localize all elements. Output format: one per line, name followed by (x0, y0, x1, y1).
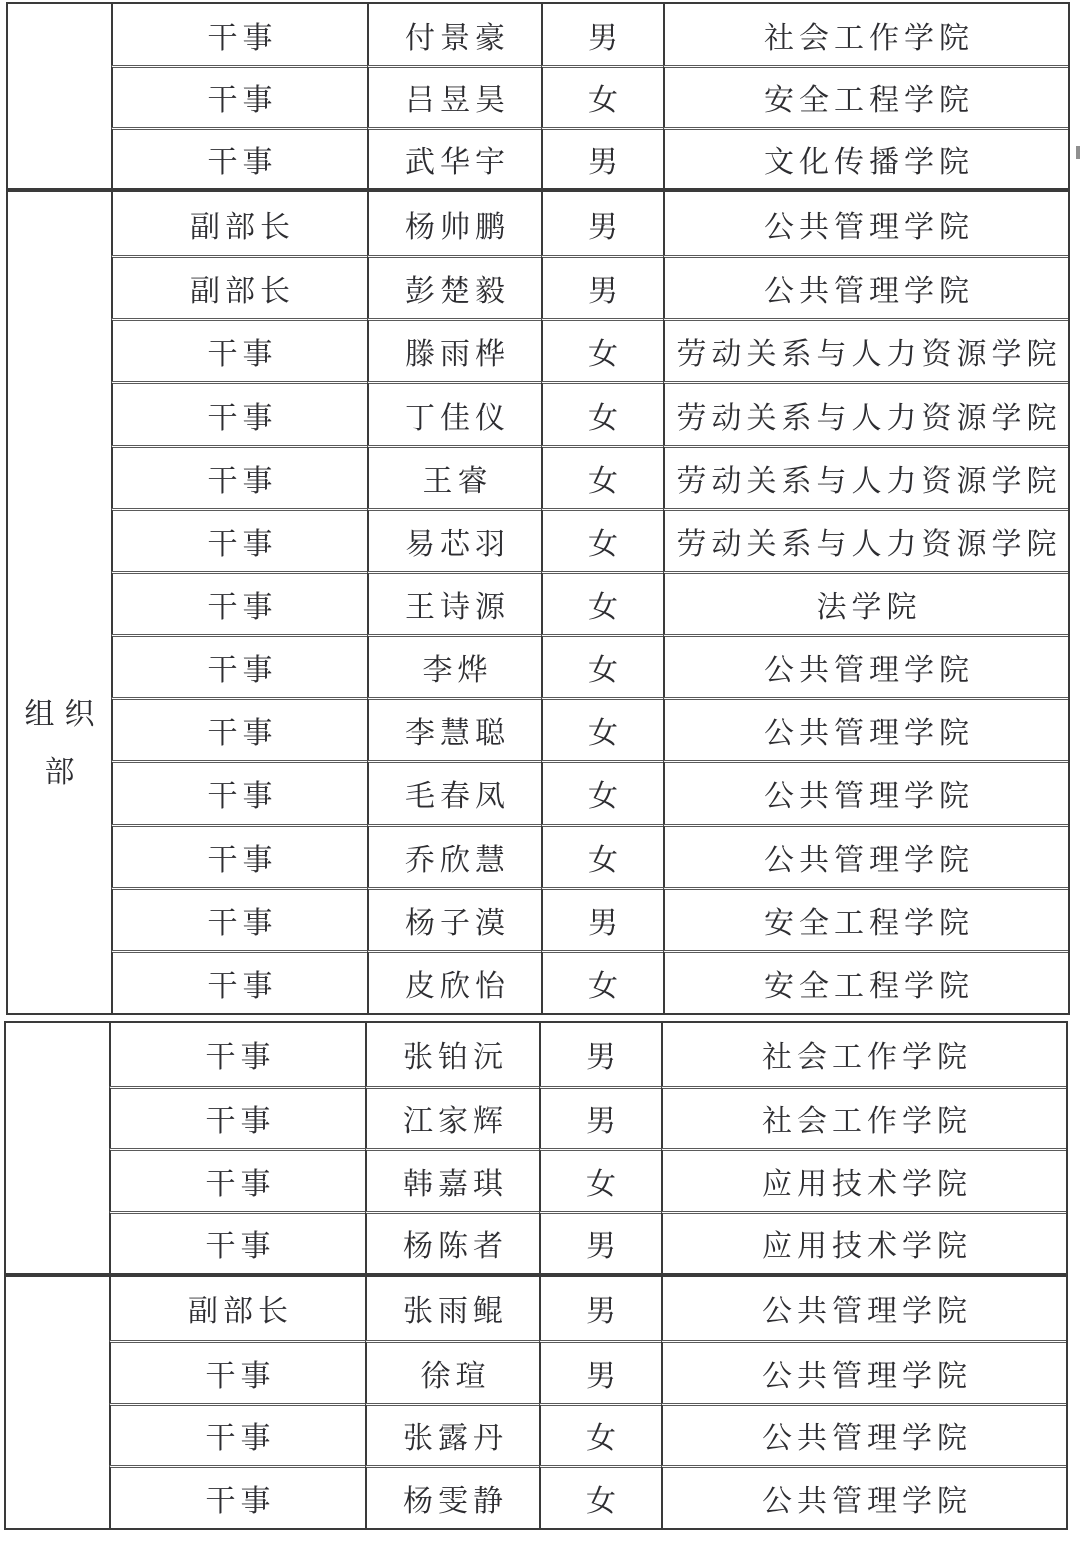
college-cell: 劳动关系与人力资源学院 (663, 318, 1068, 381)
name-cell: 彭楚毅 (367, 255, 541, 318)
name-cell: 李烨 (367, 634, 541, 697)
gender-cell: 女 (541, 508, 663, 571)
position-cell: 干事 (111, 318, 367, 381)
college-cell: 社会工作学院 (661, 1086, 1066, 1149)
gender-cell: 男 (539, 1340, 661, 1403)
college-cell: 公共管理学院 (661, 1465, 1066, 1528)
name-cell: 付景豪 (367, 4, 541, 65)
scrollbar-artifact (1076, 146, 1080, 159)
position-cell: 干事 (109, 1465, 365, 1528)
name-cell: 乔欣慧 (367, 824, 541, 887)
college-cell: 公共管理学院 (663, 697, 1068, 760)
position-cell: 干事 (111, 634, 367, 697)
department-cell: 组织部 (8, 192, 111, 1013)
gender-cell: 女 (539, 1148, 661, 1211)
gender-cell: 男 (539, 1023, 661, 1086)
gender-cell: 女 (539, 1465, 661, 1528)
gender-cell: 男 (541, 255, 663, 318)
position-cell: 干事 (111, 65, 367, 126)
gender-cell: 男 (539, 1211, 661, 1274)
name-cell: 滕雨桦 (367, 318, 541, 381)
gender-cell: 女 (541, 950, 663, 1013)
position-cell: 副部长 (111, 192, 367, 255)
position-cell: 干事 (111, 381, 367, 444)
department-label: 组织部 (8, 686, 111, 802)
position-cell: 干事 (111, 824, 367, 887)
gender-cell: 男 (539, 1086, 661, 1149)
gender-cell: 女 (541, 697, 663, 760)
position-cell: 干事 (109, 1148, 365, 1211)
gender-cell: 男 (541, 4, 663, 65)
college-cell: 文化传播学院 (663, 127, 1068, 188)
college-cell: 公共管理学院 (663, 255, 1068, 318)
position-cell: 干事 (111, 887, 367, 950)
gender-cell: 女 (541, 760, 663, 823)
department-cell (8, 4, 111, 188)
name-cell: 王诗源 (367, 571, 541, 634)
position-cell: 干事 (111, 950, 367, 1013)
college-cell: 应用技术学院 (661, 1148, 1066, 1211)
gender-cell: 女 (541, 634, 663, 697)
college-cell: 劳动关系与人力资源学院 (663, 381, 1068, 444)
position-cell: 干事 (111, 697, 367, 760)
gender-cell: 男 (541, 192, 663, 255)
position-cell: 干事 (111, 445, 367, 508)
name-cell: 王睿 (367, 445, 541, 508)
position-cell: 干事 (109, 1086, 365, 1149)
college-cell: 安全工程学院 (663, 887, 1068, 950)
position-cell: 干事 (111, 760, 367, 823)
gender-cell: 女 (541, 381, 663, 444)
position-cell: 干事 (109, 1023, 365, 1086)
gender-cell: 男 (541, 887, 663, 950)
gender-cell: 女 (541, 65, 663, 126)
college-cell: 公共管理学院 (661, 1340, 1066, 1403)
college-cell: 应用技术学院 (661, 1211, 1066, 1274)
name-cell: 杨子漠 (367, 887, 541, 950)
name-cell: 毛春凤 (367, 760, 541, 823)
name-cell: 皮欣怡 (367, 950, 541, 1013)
department-cell (6, 1023, 109, 1273)
college-cell: 社会工作学院 (661, 1023, 1066, 1086)
name-cell: 杨陈者 (365, 1211, 539, 1274)
segment-bottom: 副部长张雨鲲男公共管理学院干事徐瑄男公共管理学院干事张露丹女公共管理学院干事杨雯… (4, 1275, 1068, 1530)
department-cell (6, 1277, 109, 1528)
gender-cell: 女 (541, 445, 663, 508)
college-cell: 公共管理学院 (663, 824, 1068, 887)
name-cell: 丁佳仪 (367, 381, 541, 444)
college-cell: 社会工作学院 (663, 4, 1068, 65)
position-cell: 干事 (109, 1211, 365, 1274)
segment-after-pagebreak: 干事张铂沅男社会工作学院干事江家辉男社会工作学院干事韩嘉琪女应用技术学院干事杨陈… (4, 1021, 1068, 1275)
college-cell: 公共管理学院 (661, 1403, 1066, 1466)
position-cell: 干事 (109, 1403, 365, 1466)
segment-top-partial: 干事付景豪男社会工作学院干事吕昱昊女安全工程学院干事武华宇男文化传播学院 (6, 2, 1070, 190)
position-cell: 副部长 (109, 1277, 365, 1340)
college-cell: 安全工程学院 (663, 65, 1068, 126)
name-cell: 徐瑄 (365, 1340, 539, 1403)
college-cell: 公共管理学院 (663, 760, 1068, 823)
position-cell: 干事 (111, 571, 367, 634)
college-cell: 安全工程学院 (663, 950, 1068, 1013)
college-cell: 公共管理学院 (661, 1277, 1066, 1340)
segment-zuzhibu: 组织部副部长杨帅鹏男公共管理学院副部长彭楚毅男公共管理学院干事滕雨桦女劳动关系与… (6, 190, 1070, 1015)
name-cell: 韩嘉琪 (365, 1148, 539, 1211)
college-cell: 公共管理学院 (663, 192, 1068, 255)
name-cell: 张雨鲲 (365, 1277, 539, 1340)
position-cell: 干事 (111, 4, 367, 65)
name-cell: 张铂沅 (365, 1023, 539, 1086)
college-cell: 劳动关系与人力资源学院 (663, 508, 1068, 571)
name-cell: 杨帅鹏 (367, 192, 541, 255)
position-cell: 干事 (111, 127, 367, 188)
name-cell: 武华宇 (367, 127, 541, 188)
gender-cell: 女 (541, 824, 663, 887)
name-cell: 吕昱昊 (367, 65, 541, 126)
name-cell: 江家辉 (365, 1086, 539, 1149)
gender-cell: 男 (539, 1277, 661, 1340)
position-cell: 副部长 (111, 255, 367, 318)
college-cell: 法学院 (663, 571, 1068, 634)
position-cell: 干事 (109, 1340, 365, 1403)
name-cell: 李慧聪 (367, 697, 541, 760)
gender-cell: 女 (541, 571, 663, 634)
document-page: 干事付景豪男社会工作学院干事吕昱昊女安全工程学院干事武华宇男文化传播学院组织部副… (0, 0, 1080, 1549)
gender-cell: 男 (541, 127, 663, 188)
college-cell: 公共管理学院 (663, 634, 1068, 697)
name-cell: 杨雯静 (365, 1465, 539, 1528)
gender-cell: 女 (541, 318, 663, 381)
name-cell: 易芯羽 (367, 508, 541, 571)
gender-cell: 女 (539, 1403, 661, 1466)
college-cell: 劳动关系与人力资源学院 (663, 445, 1068, 508)
position-cell: 干事 (111, 508, 367, 571)
name-cell: 张露丹 (365, 1403, 539, 1466)
